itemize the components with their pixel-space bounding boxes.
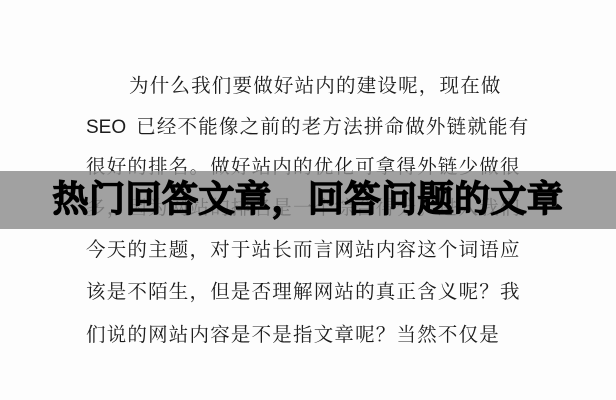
document-line-2: SEO已经不能像之前的老方法拼命做外链就能有 [86,115,536,139]
overlay-title: 热门回答文章，回答问题的文章 [0,171,616,229]
document-line-text: 今天的主题，对于站长而言网站内容这个词语应 [86,238,521,261]
document-line-text: 们说的网站内容是不是指文章呢？当然不仅是 [86,323,500,346]
document-line-7: 们说的网站内容是不是指文章呢？当然不仅是 [86,323,536,347]
document-line-5: 今天的主题，对于站长而言网站内容这个词语应 [86,238,536,262]
document-line-6: 该是不陌生，但是否理解网站的真正含义呢？我 [86,280,536,304]
document-line-text: 该是不陌生，但是否理解网站的真正含义呢？我 [86,280,521,303]
seo-term: SEO [86,117,126,138]
document-line-text: 已经不能像之前的老方法拼命做外链就能有 [136,115,529,138]
document-line-text: 为什么我们要做好站内的建设呢，现在做 [129,74,502,97]
document-line-1: 为什么我们要做好站内的建设呢，现在做 [129,74,579,98]
